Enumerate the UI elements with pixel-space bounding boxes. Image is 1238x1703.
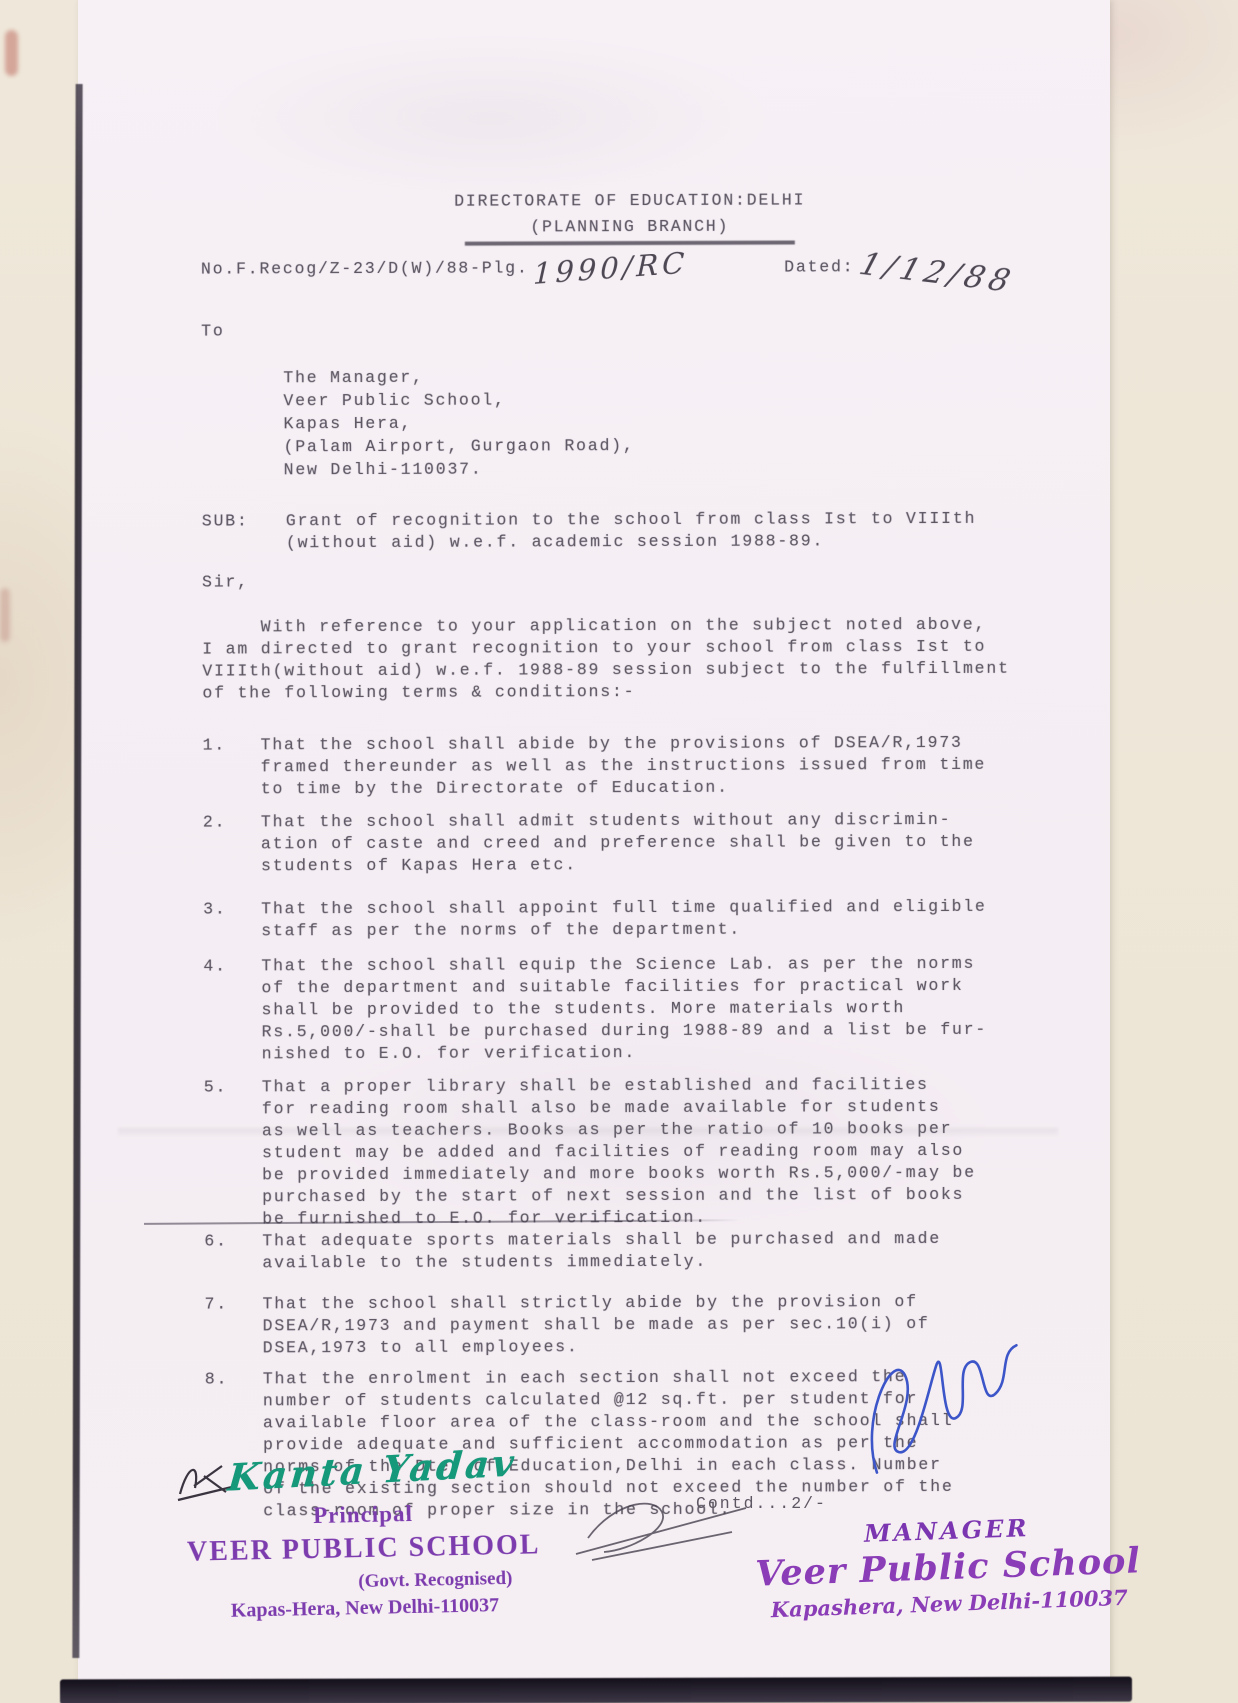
- red-ink-smudge: [0, 588, 10, 642]
- addressee-line: Veer Public School,: [283, 387, 1059, 413]
- date-handwritten: 1/12/88: [858, 253, 1018, 293]
- subject-text: Grant of recognition to the school from …: [286, 508, 977, 554]
- intro-paragraph: With reference to your application on th…: [202, 614, 1060, 705]
- addressee-to: To: [201, 318, 1059, 343]
- scan-bottom-edge: [60, 1677, 1132, 1703]
- condition-text: That the school shall abide by the provi…: [261, 732, 987, 801]
- condition-item: 1. That the school shall abide by the pr…: [203, 732, 1061, 801]
- reference-handwritten: 1990/RC: [532, 251, 688, 285]
- letterhead-title: DIRECTORATE OF EDUCATION:DELHI: [201, 187, 1059, 216]
- condition-number: 3.: [203, 898, 261, 942]
- condition-number: 6.: [204, 1230, 262, 1274]
- principal-stamp-address: Kapas-Hera, New Delhi-110037: [165, 1593, 565, 1624]
- condition-number: 7.: [205, 1293, 263, 1359]
- manager-stamp: MANAGER Veer Public School Kapashera, Ne…: [716, 1508, 1179, 1624]
- reference-typed: No.F.Recog/Z-23/D(W)/88-Plg.: [201, 258, 529, 278]
- condition-number: 1.: [203, 734, 261, 800]
- letterhead-branch: (PLANNING BRANCH): [465, 213, 795, 245]
- subject-row: SUB: Grant of recognition to the school …: [202, 508, 1060, 555]
- condition-number: 5.: [204, 1076, 263, 1230]
- addressee-line: (Palam Airport, Gurgaon Road),: [284, 433, 1060, 459]
- letter-body: DIRECTORATE OF EDUCATION:DELHI (PLANNING…: [78, 0, 1115, 1523]
- date-field: Dated:1/12/88: [784, 256, 1015, 285]
- principal-stamp-recognised: (Govt. Recognised): [164, 1567, 564, 1597]
- condition-item: 4. That the school shall equip the Scien…: [203, 953, 1061, 1066]
- condition-text: That the school shall admit students wit…: [261, 809, 975, 877]
- condition-text: That the school shall appoint full time …: [261, 896, 987, 943]
- dated-label: Dated:: [784, 257, 854, 276]
- paper-crease: [118, 1128, 1058, 1136]
- condition-text: That a proper library shall be establish…: [262, 1074, 976, 1230]
- condition-number: 2.: [203, 811, 261, 877]
- principal-stamp-school: VEER PUBLIC SCHOOL: [163, 1529, 564, 1569]
- condition-number: 4.: [203, 955, 261, 1065]
- addressee-line: The Manager,: [283, 364, 1059, 390]
- salutation: Sir,: [202, 569, 1060, 594]
- reference-line: No.F.Recog/Z-23/D(W)/88-Plg.1990/RC Date…: [201, 256, 1059, 287]
- manager-signature: [829, 1318, 1044, 1488]
- subject-label: SUB:: [202, 510, 286, 554]
- scan-background: { "header": { "line1": "DIRECTORATE OF E…: [0, 0, 1238, 1703]
- condition-text: That adequate sports materials shall be …: [262, 1228, 941, 1274]
- condition-item: 5. That a proper library shall be establ…: [204, 1074, 1063, 1231]
- paper: DIRECTORATE OF EDUCATION:DELHI (PLANNING…: [78, 0, 1110, 1682]
- condition-item: 3. That the school shall appoint full ti…: [203, 896, 1061, 943]
- condition-text: That the school shall equip the Science …: [261, 953, 987, 1066]
- condition-item: 6. That adequate sports materials shall …: [204, 1228, 1062, 1275]
- red-ink-smudge: [5, 30, 18, 76]
- addressee-block: The Manager, Veer Public School, Kapas H…: [283, 364, 1059, 482]
- condition-item: 2. That the school shall admit students …: [203, 809, 1061, 878]
- letterhead-branch-label: (PLANNING BRANCH): [530, 217, 729, 237]
- addressee-line: Kapas Hera,: [283, 410, 1059, 436]
- principal-stamp: Principal VEER PUBLIC SCHOOL (Govt. Reco…: [163, 1498, 565, 1624]
- reference-number: No.F.Recog/Z-23/D(W)/88-Plg.1990/RC: [201, 257, 688, 281]
- branch-underline: [465, 240, 795, 245]
- continuation-note: Contd...2/-: [696, 1494, 827, 1513]
- addressee-line: New Delhi-110037.: [284, 456, 1060, 482]
